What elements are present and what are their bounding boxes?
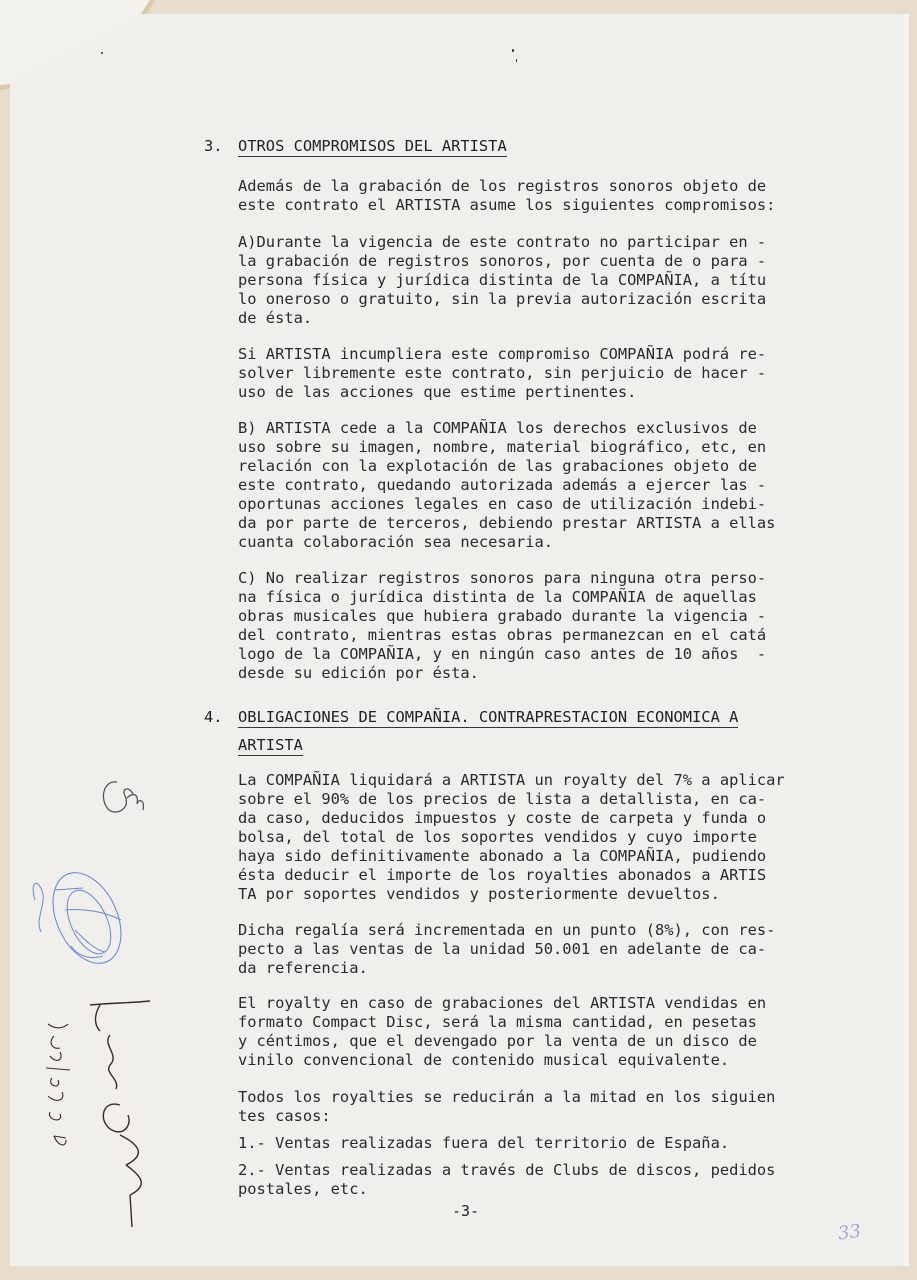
text-line: La COMPAÑIA liquidará a ARTISTA un royal… bbox=[238, 771, 785, 790]
initials-mark bbox=[95, 770, 155, 830]
paper-speck bbox=[512, 49, 514, 52]
paper-speck bbox=[101, 52, 103, 54]
text-line: formato Compact Disc, será la misma cant… bbox=[238, 1013, 766, 1032]
text-line: relación con la explotación de las graba… bbox=[238, 457, 775, 476]
text-line: bolsa, del total de los soportes vendido… bbox=[238, 828, 785, 847]
text-line: persona física y jurídica distinta de la… bbox=[238, 271, 766, 290]
text-line: B) ARTISTA cede a la COMPAÑIA los derech… bbox=[238, 419, 775, 438]
text-line: obras musicales que hubiera grabado dura… bbox=[238, 607, 766, 626]
text-line: este contrato, quedando autorizada ademá… bbox=[238, 476, 775, 495]
text-line: de ésta. bbox=[238, 309, 766, 328]
text-line: postales, etc. bbox=[238, 1180, 775, 1199]
paper-speck bbox=[516, 59, 517, 62]
section-title-line: ARTISTA bbox=[238, 736, 303, 756]
text-line: na física o jurídica distinta de la COMP… bbox=[238, 588, 766, 607]
text-line: TA por soportes vendidos y posteriorment… bbox=[238, 885, 785, 904]
page-number: -3- bbox=[452, 1202, 479, 1220]
text-line: sobre el 90% de los precios de lista a d… bbox=[238, 790, 785, 809]
text-line: da referencia. bbox=[238, 959, 775, 978]
handwritten-name-mark bbox=[40, 1020, 75, 1155]
paragraph-compact-disc: El royalty en caso de grabaciones del AR… bbox=[238, 994, 766, 1070]
section-heading: OBLIGACIONES DE COMPAÑIA. CONTRAPRESTACI… bbox=[238, 708, 738, 727]
section-title-line: OTROS COMPROMISOS DEL ARTISTA bbox=[238, 137, 507, 157]
text-line: A)Durante la vigencia de este contrato n… bbox=[238, 233, 766, 252]
text-line: uso sobre su imagen, nombre, material bi… bbox=[238, 438, 775, 457]
text-line: solver libremente este contrato, sin per… bbox=[238, 364, 766, 383]
paragraph-breach: Si ARTISTA incumpliera este compromiso C… bbox=[238, 345, 766, 402]
text-line: 2.- Ventas realizadas a través de Clubs … bbox=[238, 1161, 775, 1180]
list-item: 2.- Ventas realizadas a través de Clubs … bbox=[238, 1161, 775, 1199]
text-line: y céntimos, que el devengado por la vent… bbox=[238, 1032, 766, 1051]
text-line: pecto a las ventas de la unidad 50.001 e… bbox=[238, 940, 775, 959]
paragraph-clause-b: B) ARTISTA cede a la COMPAÑIA los derech… bbox=[238, 419, 775, 552]
text-line: C) No realizar registros sonoros para ni… bbox=[238, 569, 766, 588]
section-heading-continued: ARTISTA bbox=[238, 736, 303, 755]
text-line: este contrato el ARTISTA asume los sigui… bbox=[238, 196, 775, 215]
list-item: 1.- Ventas realizadas fuera del territor… bbox=[238, 1134, 729, 1153]
text-line: Todos los royalties se reducirán a la mi… bbox=[238, 1088, 775, 1107]
paragraph-intro: Además de la grabación de los registros … bbox=[238, 177, 775, 215]
paragraph-increment: Dicha regalía será incrementada en un pu… bbox=[238, 921, 775, 978]
text-line: 1.- Ventas realizadas fuera del territor… bbox=[238, 1134, 729, 1153]
paragraph-clause-a: A)Durante la vigencia de este contrato n… bbox=[238, 233, 766, 328]
page-edge bbox=[903, 14, 909, 1266]
section-number: 3. bbox=[204, 137, 223, 155]
text-line: El royalty en caso de grabaciones del AR… bbox=[238, 994, 766, 1013]
text-line: ésta deducir el importe de los royalties… bbox=[238, 866, 785, 885]
text-line: Dicha regalía será incrementada en un pu… bbox=[238, 921, 775, 940]
signature-mark bbox=[80, 995, 160, 1230]
section-heading: OTROS COMPROMISOS DEL ARTISTA bbox=[238, 137, 507, 156]
section-number: 4. bbox=[204, 708, 223, 726]
text-line: del contrato, mientras estas obras perma… bbox=[238, 626, 766, 645]
section-title-line: OBLIGACIONES DE COMPAÑIA. CONTRAPRESTACI… bbox=[238, 708, 738, 728]
text-line: la grabación de registros sonoros, por c… bbox=[238, 252, 766, 271]
text-line: uso de las acciones que estime pertinent… bbox=[238, 383, 766, 402]
text-line: lo oneroso o gratuito, sin la previa aut… bbox=[238, 290, 766, 309]
text-line: vinilo convencional de contenido musical… bbox=[238, 1051, 766, 1070]
text-line: oportunas acciones legales en caso de ut… bbox=[238, 495, 775, 514]
text-line: tes casos: bbox=[238, 1107, 775, 1126]
paragraph-clause-c: C) No realizar registros sonoros para ni… bbox=[238, 569, 766, 683]
text-line: da caso, deducidos impuestos y coste de … bbox=[238, 809, 785, 828]
text-line: Además de la grabación de los registros … bbox=[238, 177, 775, 196]
handwritten-page-note: 33 bbox=[837, 1221, 863, 1245]
text-line: desde su edición por ésta. bbox=[238, 664, 766, 683]
paragraph-reductions: Todos los royalties se reducirán a la mi… bbox=[238, 1088, 775, 1126]
paragraph-royalty: La COMPAÑIA liquidará a ARTISTA un royal… bbox=[238, 771, 785, 904]
text-line: logo de la COMPAÑIA, y en ningún caso an… bbox=[238, 645, 766, 664]
text-line: da por parte de terceros, debiendo prest… bbox=[238, 514, 775, 533]
blue-signature-mark bbox=[25, 860, 135, 980]
text-line: Si ARTISTA incumpliera este compromiso C… bbox=[238, 345, 766, 364]
text-line: cuanta colaboración sea necesaria. bbox=[238, 533, 775, 552]
text-line: haya sido definitivamente abonado a la C… bbox=[238, 847, 785, 866]
